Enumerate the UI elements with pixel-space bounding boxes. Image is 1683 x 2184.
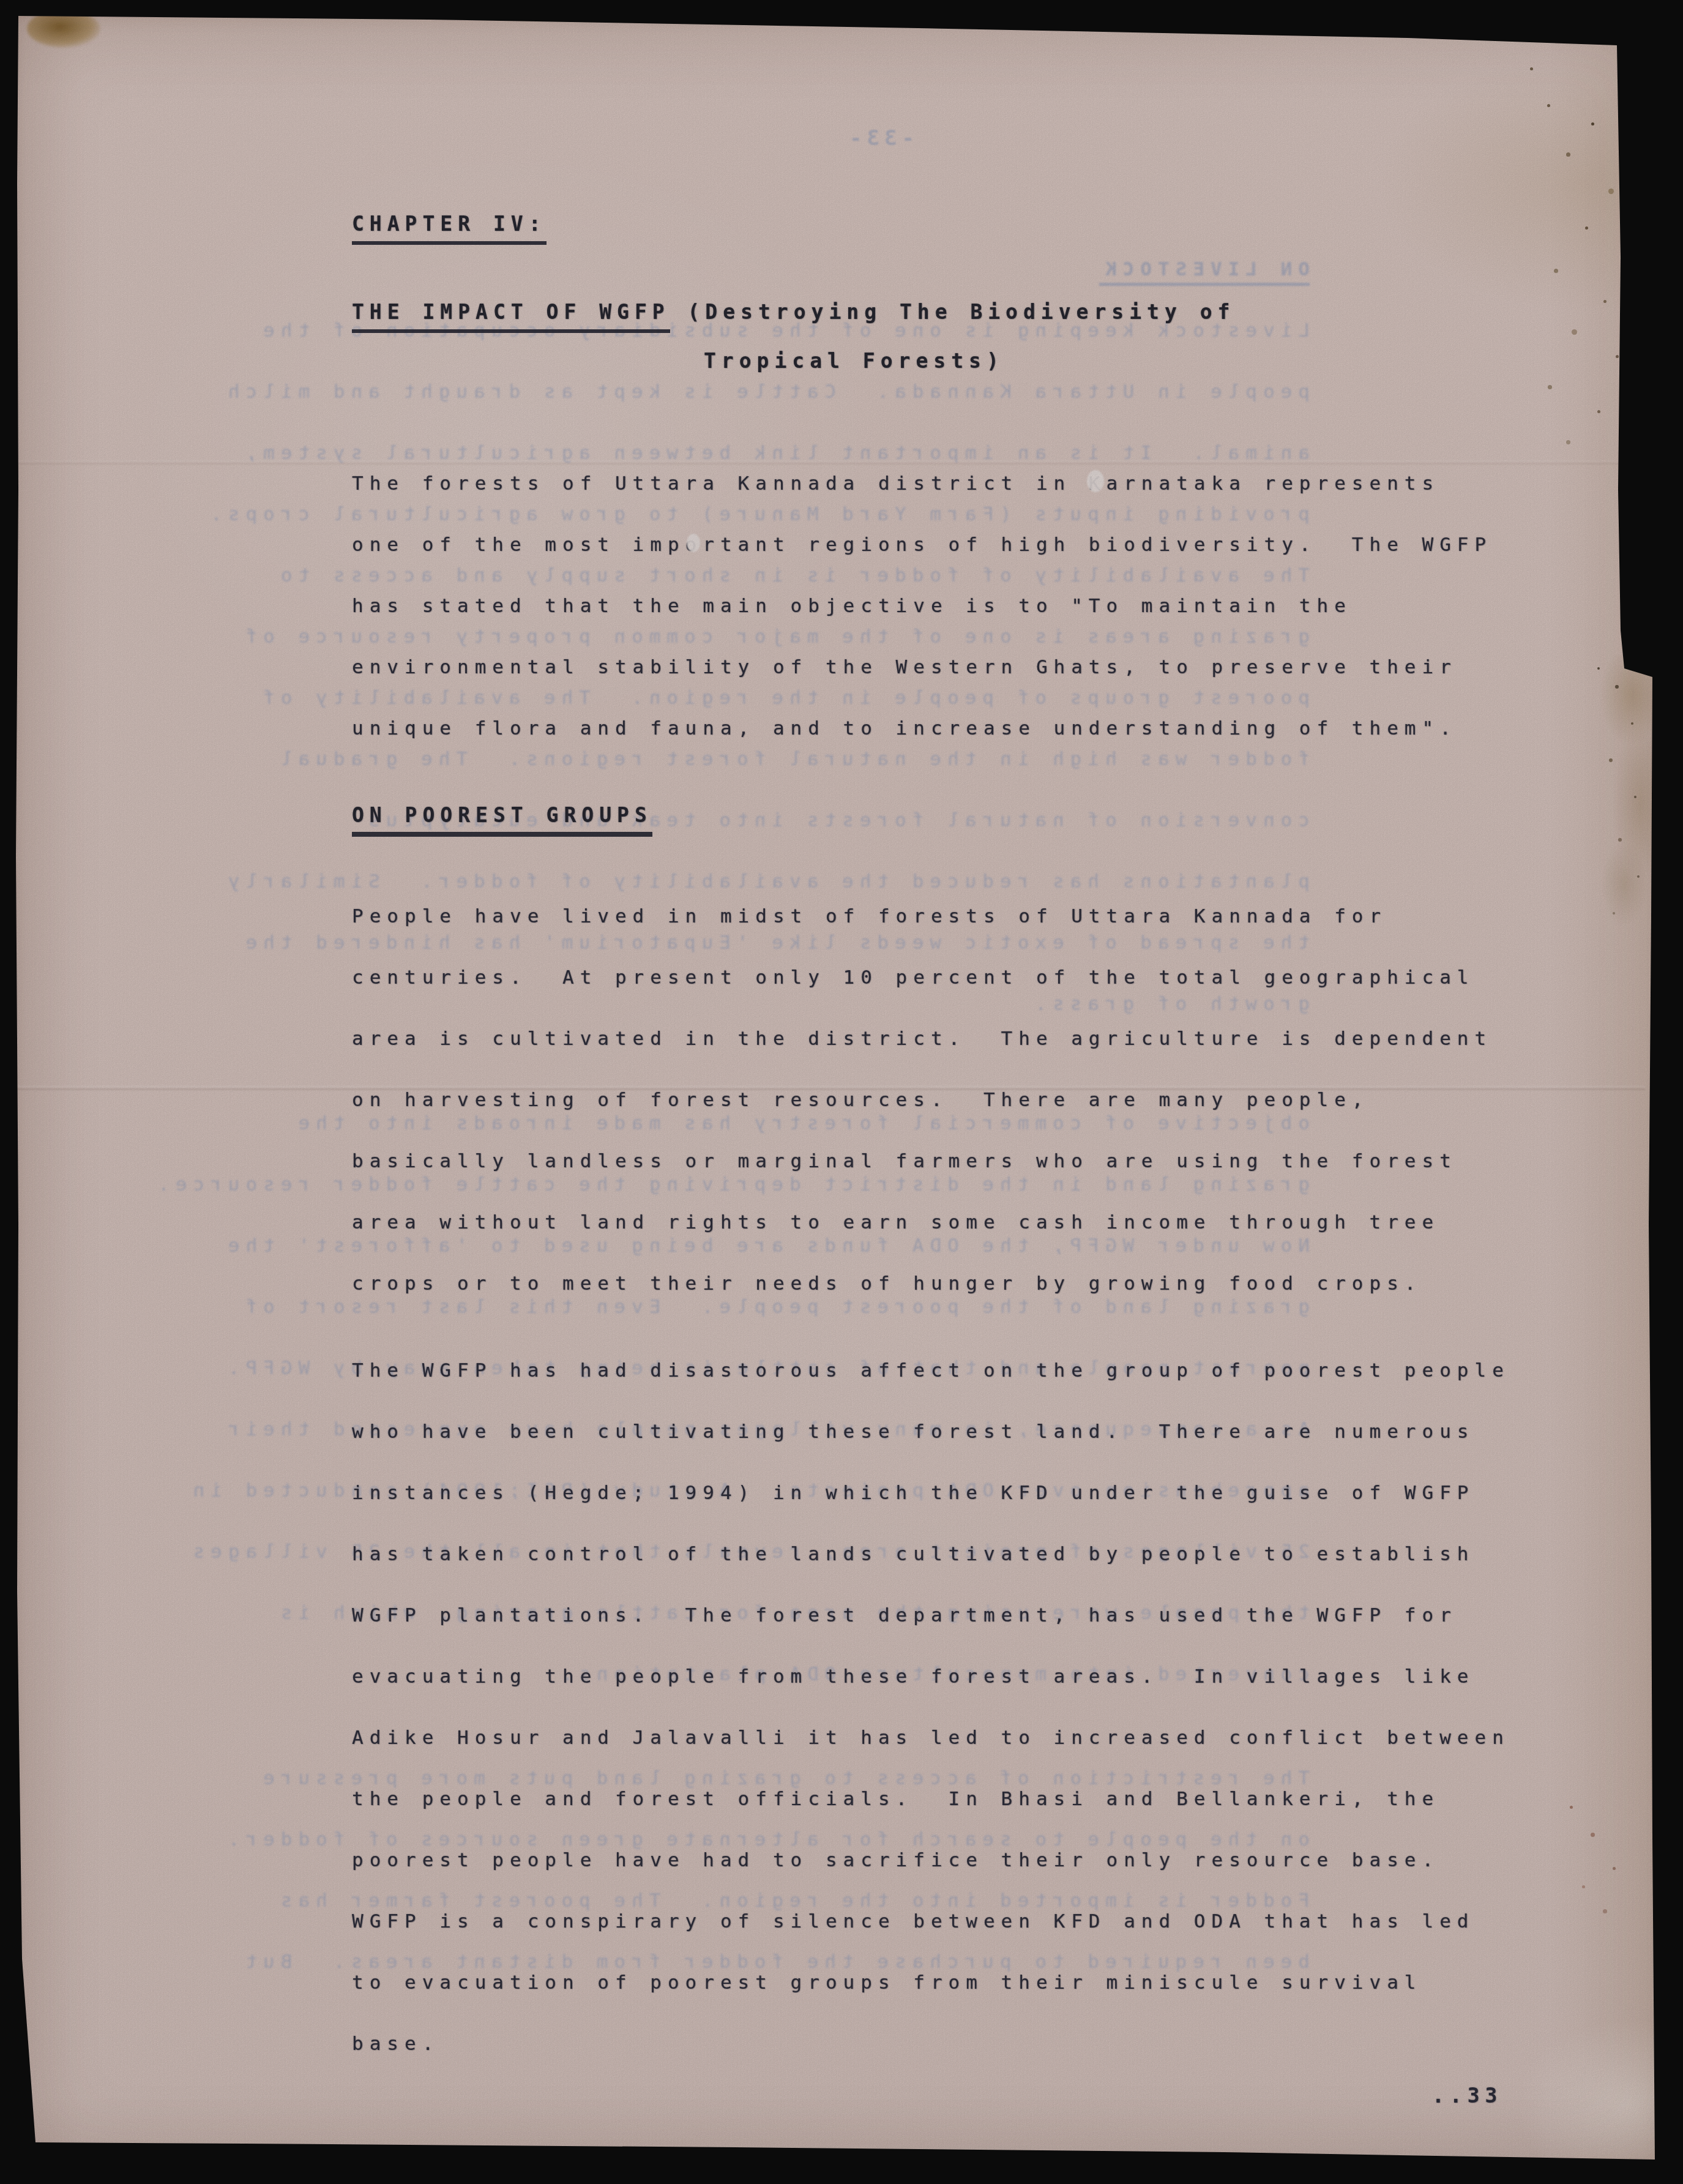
text-line: People have lived in midst of forests of… bbox=[352, 886, 1492, 947]
text-line: The WGFP has had disastorous affect on t… bbox=[352, 1340, 1510, 1401]
bleedthrough-line: ON LIVESTOCK bbox=[141, 257, 1310, 282]
text-line: has taken control of the lands cultivate… bbox=[352, 1524, 1510, 1585]
speckle-stains-top-right bbox=[1530, 67, 1533, 70]
text-line: WGFP plantations. The forest department,… bbox=[352, 1585, 1510, 1646]
bleedthrough-page-number: -33- bbox=[845, 126, 914, 151]
speckle-stains-bottom-right bbox=[1570, 1806, 1573, 1809]
paragraph-1: The forests of Uttara Kannada district i… bbox=[352, 453, 1492, 759]
whiteout-correction-mark bbox=[687, 534, 700, 552]
text-line: area without land rights to earn some ca… bbox=[352, 1192, 1492, 1253]
speckle-stains-right-edge bbox=[1597, 667, 1600, 670]
text-line: crops or to meet their needs of hunger b… bbox=[352, 1253, 1492, 1314]
text-line: to evacuation of poorest groups from the… bbox=[352, 1952, 1510, 2013]
whiteout-correction-mark bbox=[1087, 470, 1104, 492]
paragraph-2: People have lived in midst of forests of… bbox=[352, 886, 1492, 1314]
section-heading: ON POOREST GROUPS bbox=[352, 803, 652, 827]
page-number: ..33 bbox=[1432, 2084, 1502, 2107]
text-line: evacuating the people from these forest … bbox=[352, 1646, 1510, 1707]
text-line: one of the most important regions of hig… bbox=[352, 514, 1492, 575]
text-line: centuries. At present only 10 percent of… bbox=[352, 947, 1492, 1008]
text-line: has stated that the main objective is to… bbox=[352, 575, 1492, 637]
title-rest: (Destroying The Biodiversity of bbox=[670, 300, 1236, 324]
text-line: area is cultivated in the district. The … bbox=[352, 1008, 1492, 1069]
paragraph-3: The WGFP has had disastorous affect on t… bbox=[352, 1340, 1510, 2074]
text-line: poorest people have had to sacrifice the… bbox=[352, 1830, 1510, 1891]
document-page: ON LIVESTOCKLivestock keeping is one of … bbox=[0, 0, 1683, 2184]
text-line: base. bbox=[352, 2013, 1510, 2074]
text-line: unique flora and fauna, and to increase … bbox=[352, 698, 1492, 759]
section-heading-underline: ON POOREST GROUPS bbox=[352, 803, 652, 837]
text-line: basically landless or marginal farmers w… bbox=[352, 1131, 1492, 1192]
stain-right-edge bbox=[1577, 655, 1656, 924]
bleedthrough-line: conversion of natural forests into teak … bbox=[141, 808, 1310, 832]
text-line: the people and forest officials. In Bhas… bbox=[352, 1768, 1510, 1830]
document-title-line1: THE IMPACT OF WGFP (Destroying The Biodi… bbox=[352, 300, 1235, 324]
text-line: who have been cultivating these forest l… bbox=[352, 1401, 1510, 1462]
text-line: The forests of Uttara Kannada district i… bbox=[352, 453, 1492, 514]
text-line: on harvesting of forest resources. There… bbox=[352, 1069, 1492, 1131]
chapter-heading-underline: CHAPTER IV: bbox=[352, 212, 547, 245]
title-underlined-part: THE IMPACT OF WGFP bbox=[352, 300, 670, 333]
scanned-page-canvas: ON LIVESTOCKLivestock keeping is one of … bbox=[0, 0, 1683, 2184]
bleedthrough-line: people in Uttara Kannada. Cattle is kept… bbox=[141, 380, 1310, 404]
document-title-line2: Tropical Forests) bbox=[704, 349, 1004, 373]
text-line: Adike Hosur and Jalavalli it has led to … bbox=[352, 1707, 1510, 1768]
text-line: instances (Hegde; 1994) in which the KFD… bbox=[352, 1462, 1510, 1524]
text-line: WGFP is a conspirary of silence between … bbox=[352, 1891, 1510, 1952]
chapter-heading: CHAPTER IV: bbox=[352, 212, 547, 236]
text-line: environmental stability of the Western G… bbox=[352, 637, 1492, 698]
stain-top-left bbox=[27, 10, 100, 48]
